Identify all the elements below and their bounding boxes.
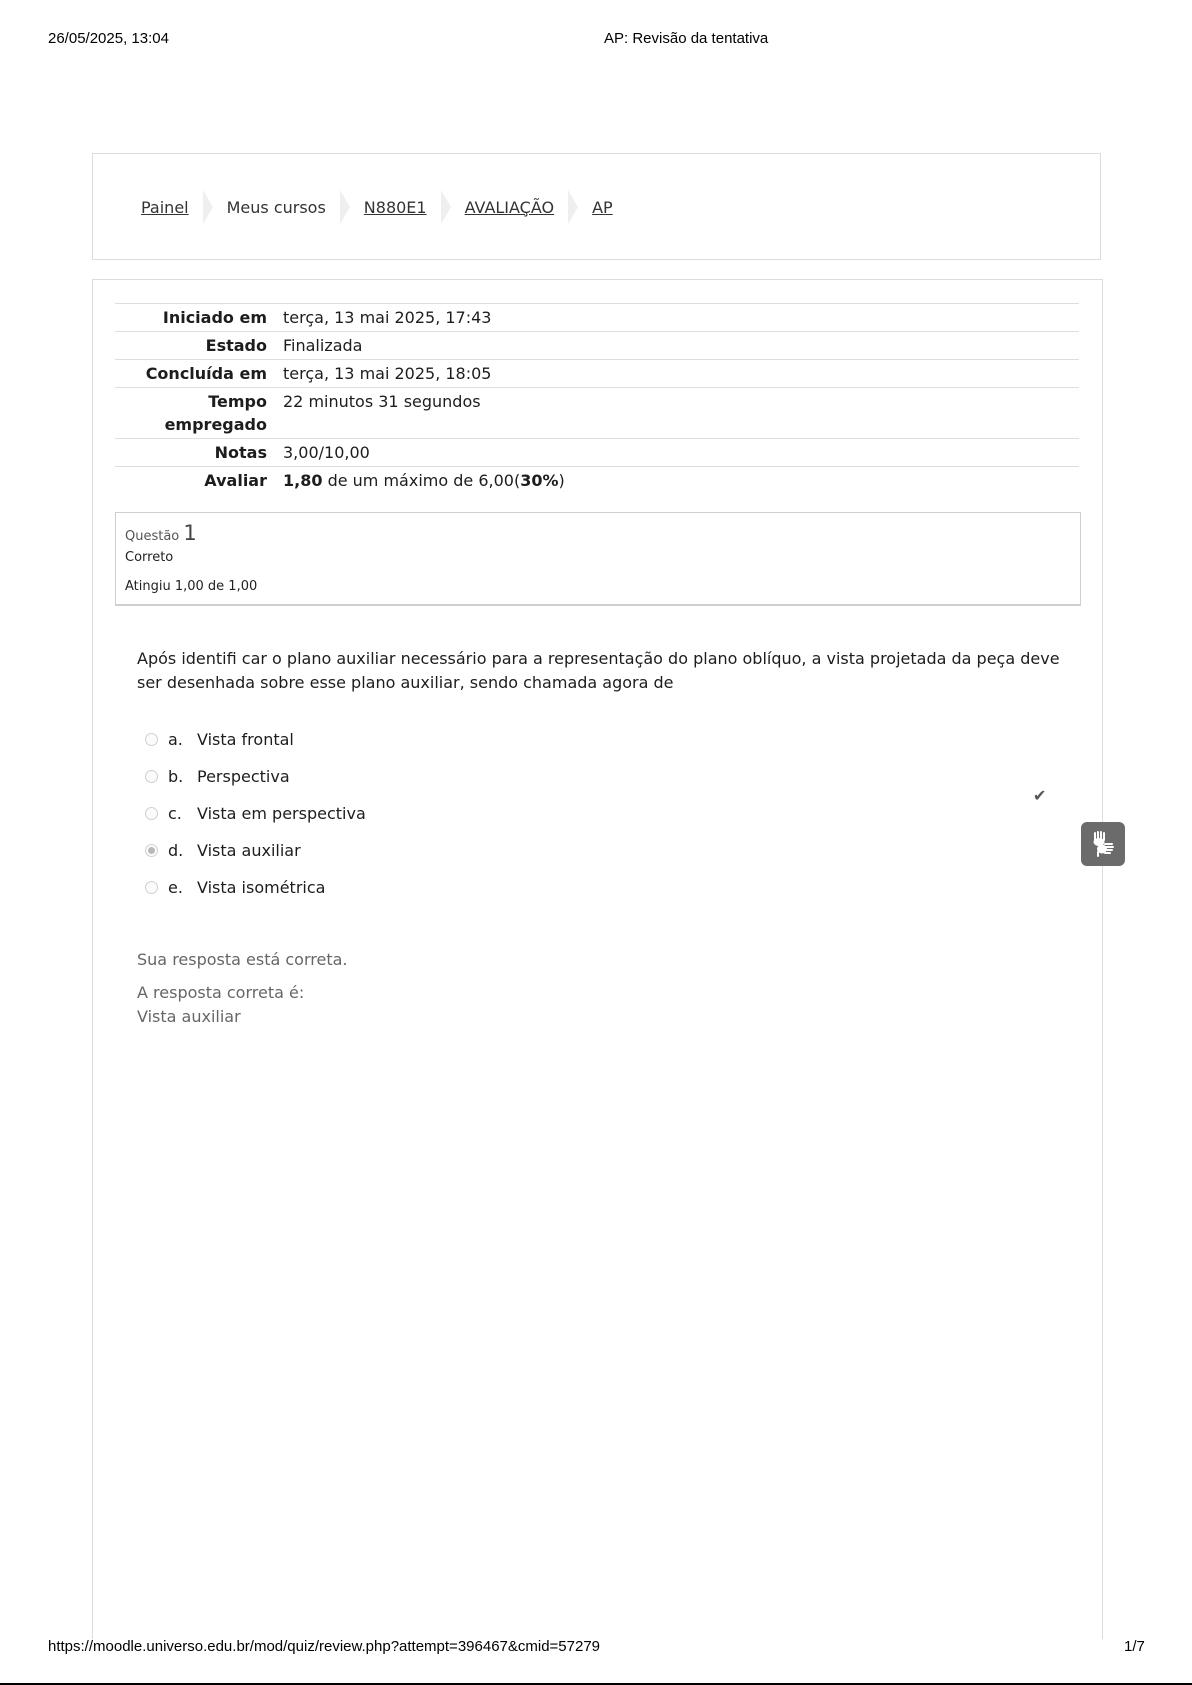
summary-label: Tempoempregado [115,388,275,439]
summary-row-grade: Avaliar 1,80 de um máximo de 6,00(30%) [115,467,1079,495]
question-info-box: Questão 1 Correto Atingiu 1,00 de 1,00 [115,512,1081,606]
breadcrumb-separator [340,190,350,224]
question-number-value: 1 [183,521,196,545]
answer-letter: e. [168,878,197,897]
breadcrumb-ap[interactable]: AP [592,198,613,217]
feedback-area: Sua resposta está correta. A resposta co… [137,948,348,1029]
summary-row-marks: Notas 3,00/10,00 [115,439,1079,467]
summary-value: 22 minutos 31 segundos [275,388,1079,439]
summary-label: Estado [115,332,275,360]
answer-option-e[interactable]: e. Vista isométrica [145,869,1045,906]
summary-label: Notas [115,439,275,467]
summary-value: Finalizada [275,332,1079,360]
breadcrumb-painel[interactable]: Painel [141,198,189,217]
radio-button[interactable] [145,770,158,783]
answer-text: Vista frontal [197,730,294,749]
right-answer: Vista auxiliar [137,1005,348,1029]
quiz-review-region: Iniciado em terça, 13 mai 2025, 17:43 Es… [92,279,1103,1639]
summary-value: terça, 13 mai 2025, 18:05 [275,360,1079,388]
grade-score: 1,80 [283,471,322,490]
answer-letter: d. [168,841,197,860]
sign-language-hands-icon [1088,829,1118,859]
answer-letter: a. [168,730,197,749]
print-page-title: AP: Revisão da tentativa [604,30,768,47]
breadcrumb-container: Painel Meus cursos N880E1 AVALIAÇÃO AP [92,153,1101,260]
attempt-summary-table: Iniciado em terça, 13 mai 2025, 17:43 Es… [115,303,1079,494]
time-label-line2: empregado [165,415,267,434]
summary-row-started: Iniciado em terça, 13 mai 2025, 17:43 [115,304,1079,332]
radio-button[interactable] [145,881,158,894]
print-datetime: 26/05/2025, 13:04 [48,30,169,47]
question-label: Questão [125,529,179,544]
summary-label: Avaliar [115,467,275,495]
summary-value: terça, 13 mai 2025, 17:43 [275,304,1079,332]
print-footer: https://moodle.universo.edu.br/mod/quiz/… [0,1638,1192,1658]
summary-row-time: Tempoempregado 22 minutos 31 segundos [115,388,1079,439]
answer-option-c[interactable]: c. Vista em perspectiva [145,795,1045,832]
summary-value: 3,00/10,00 [275,439,1079,467]
summary-row-completed: Concluída em terça, 13 mai 2025, 18:05 [115,360,1079,388]
answer-text: Vista auxiliar [197,841,301,860]
breadcrumb-course[interactable]: N880E1 [364,198,427,217]
breadcrumb-meus-cursos: Meus cursos [227,198,326,217]
accessibility-sign-language-button[interactable] [1081,822,1125,866]
grade-text: de um máximo de 6,00( [322,471,520,490]
summary-row-state: Estado Finalizada [115,332,1079,360]
answer-option-b[interactable]: b. Perspectiva [145,758,1045,795]
answer-letter: b. [168,767,197,786]
breadcrumb-separator [441,190,451,224]
answer-text: Perspectiva [197,767,290,786]
check-icon: ✔ [1033,786,1046,805]
breadcrumb: Painel Meus cursos N880E1 AVALIAÇÃO AP [141,194,613,220]
summary-value: 1,80 de um máximo de 6,00(30%) [275,467,1079,495]
answer-list: a. Vista frontal b. Perspectiva c. Vista… [145,721,1045,906]
summary-label: Concluída em [115,360,275,388]
answer-text: Vista em perspectiva [197,804,366,823]
grade-end: ) [558,471,564,490]
answer-option-d[interactable]: d. Vista auxiliar [145,832,1045,869]
question-state: Correto [125,550,173,565]
summary-label: Iniciado em [115,304,275,332]
breadcrumb-separator [568,190,578,224]
answer-letter: c. [168,804,197,823]
radio-button[interactable] [145,807,158,820]
breadcrumb-separator [203,190,213,224]
grade-percent: 30% [520,471,558,490]
right-answer-label: A resposta correta é: [137,981,348,1005]
print-header: 26/05/2025, 13:04 AP: Revisão da tentati… [0,30,1192,50]
print-page-number: 1/7 [1124,1638,1145,1655]
breadcrumb-avaliacao[interactable]: AVALIAÇÃO [465,198,555,217]
question-text: Após identifi car o plano auxiliar neces… [137,647,1067,695]
question-number: Questão 1 [125,521,197,545]
answer-option-a[interactable]: a. Vista frontal [145,721,1045,758]
radio-button[interactable] [145,733,158,746]
question-mark: Atingiu 1,00 de 1,00 [125,579,257,594]
specific-feedback: Sua resposta está correta. [137,948,348,972]
radio-button-selected[interactable] [145,844,158,857]
time-label-line1: Tempo [208,392,267,411]
answer-text: Vista isométrica [197,878,325,897]
print-url: https://moodle.universo.edu.br/mod/quiz/… [48,1638,600,1655]
